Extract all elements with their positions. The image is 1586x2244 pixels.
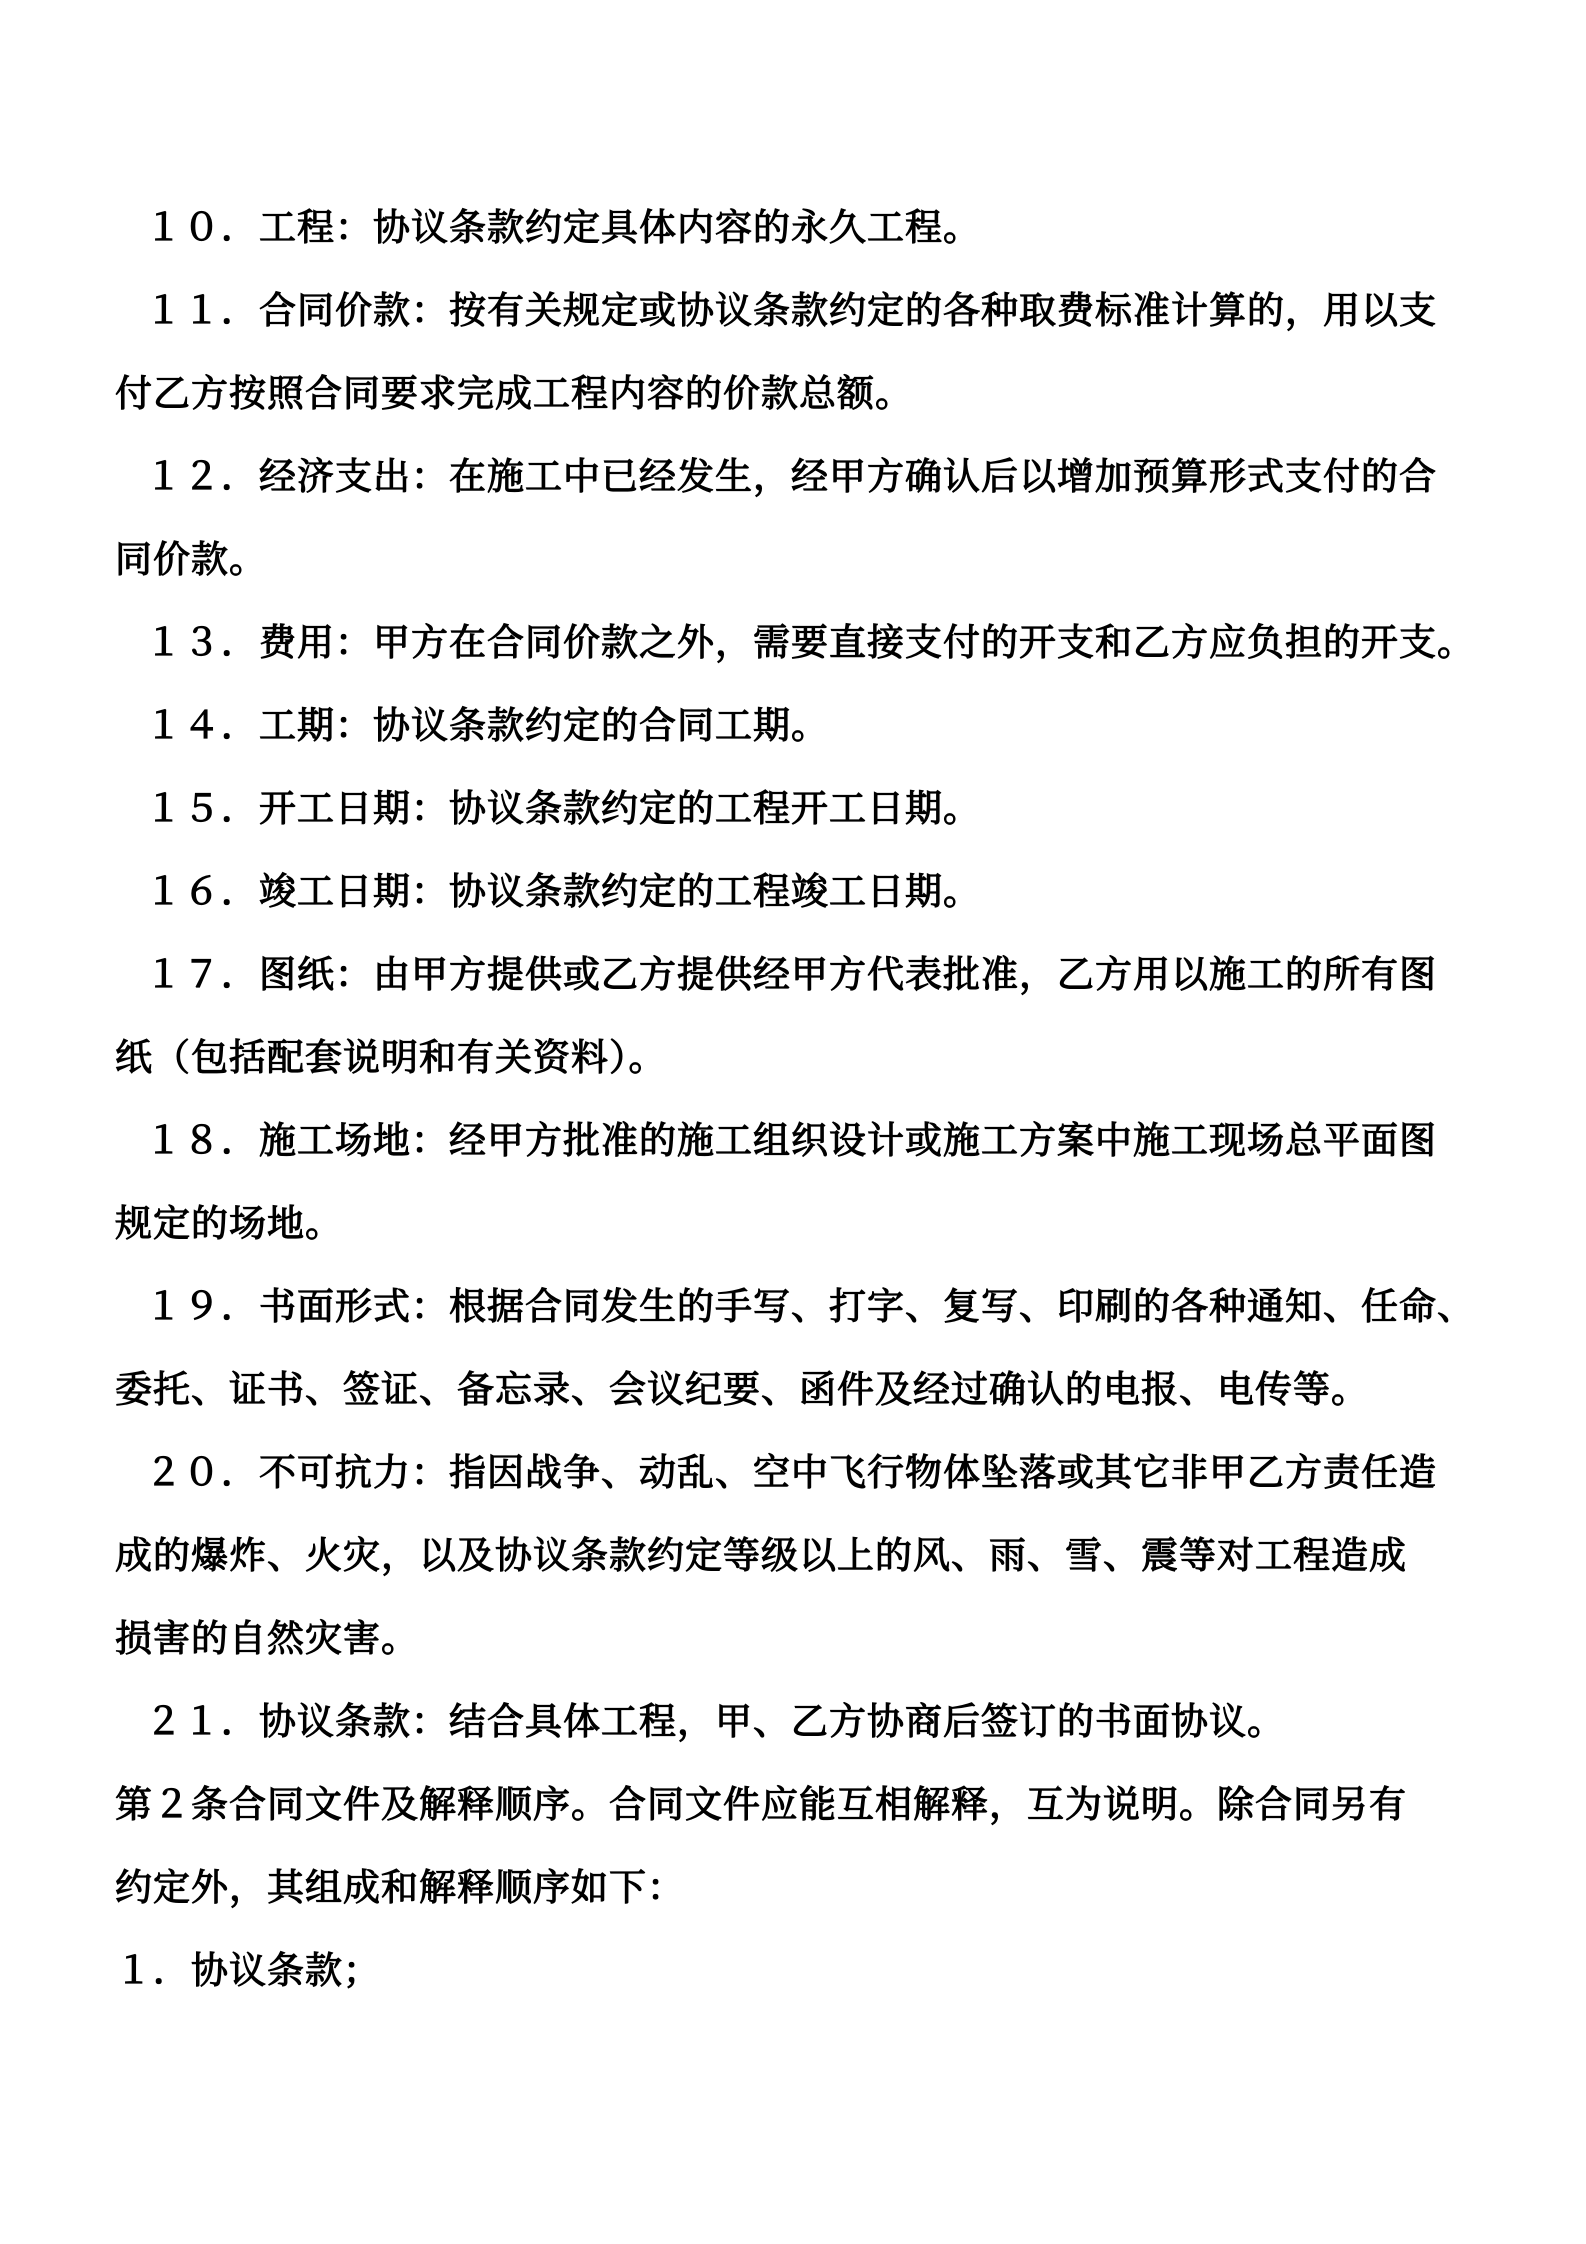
text-line: 委托、证书、签证、备忘录、会议纪要、函件及经过确认的电报、电传等。 [115, 1348, 1496, 1431]
text-line: １．协议条款； [115, 1929, 1496, 2012]
text-line: 同价款。 [115, 518, 1496, 601]
text-line: 成的爆炸、火灾，以及协议条款约定等级以上的风、雨、雪、震等对工程造成 [115, 1514, 1496, 1597]
text-line: 损害的自然灾害。 [115, 1597, 1496, 1680]
text-line: １１．合同价款：按有关规定或协议条款约定的各种取费标准计算的，用以支 [115, 269, 1496, 352]
text-line: １６．竣工日期：协议条款约定的工程竣工日期。 [115, 850, 1496, 933]
text-line: １８．施工场地：经甲方批准的施工组织设计或施工方案中施工现场总平面图 [115, 1099, 1496, 1182]
text-line: １５．开工日期：协议条款约定的工程开工日期。 [115, 767, 1496, 850]
document-body: １０．工程：协议条款约定具体内容的永久工程。１１．合同价款：按有关规定或协议条款… [115, 186, 1496, 2012]
text-line: １０．工程：协议条款约定具体内容的永久工程。 [115, 186, 1496, 269]
text-line: 付乙方按照合同要求完成工程内容的价款总额。 [115, 352, 1496, 435]
text-line: １２．经济支出：在施工中已经发生，经甲方确认后以增加预算形式支付的合 [115, 435, 1496, 518]
text-line: １９．书面形式：根据合同发生的手写、打字、复写、印刷的各种通知、任命、 [115, 1265, 1496, 1348]
text-line: 约定外，其组成和解释顺序如下： [115, 1846, 1496, 1929]
text-line: １７．图纸：由甲方提供或乙方提供经甲方代表批准，乙方用以施工的所有图 [115, 933, 1496, 1016]
text-line: 纸（包括配套说明和有关资料）。 [115, 1016, 1496, 1099]
text-line: １３．费用：甲方在合同价款之外，需要直接支付的开支和乙方应负担的开支。 [115, 601, 1496, 684]
document-page: １０．工程：协议条款约定具体内容的永久工程。１１．合同价款：按有关规定或协议条款… [0, 0, 1586, 2244]
text-line: 第２条合同文件及解释顺序。合同文件应能互相解释，互为说明。除合同另有 [115, 1763, 1496, 1846]
text-line: ２０．不可抗力：指因战争、动乱、空中飞行物体坠落或其它非甲乙方责任造 [115, 1431, 1496, 1514]
text-line: １４．工期：协议条款约定的合同工期。 [115, 684, 1496, 767]
text-line: 规定的场地。 [115, 1182, 1496, 1265]
text-line: ２１．协议条款：结合具体工程，甲、乙方协商后签订的书面协议。 [115, 1680, 1496, 1763]
